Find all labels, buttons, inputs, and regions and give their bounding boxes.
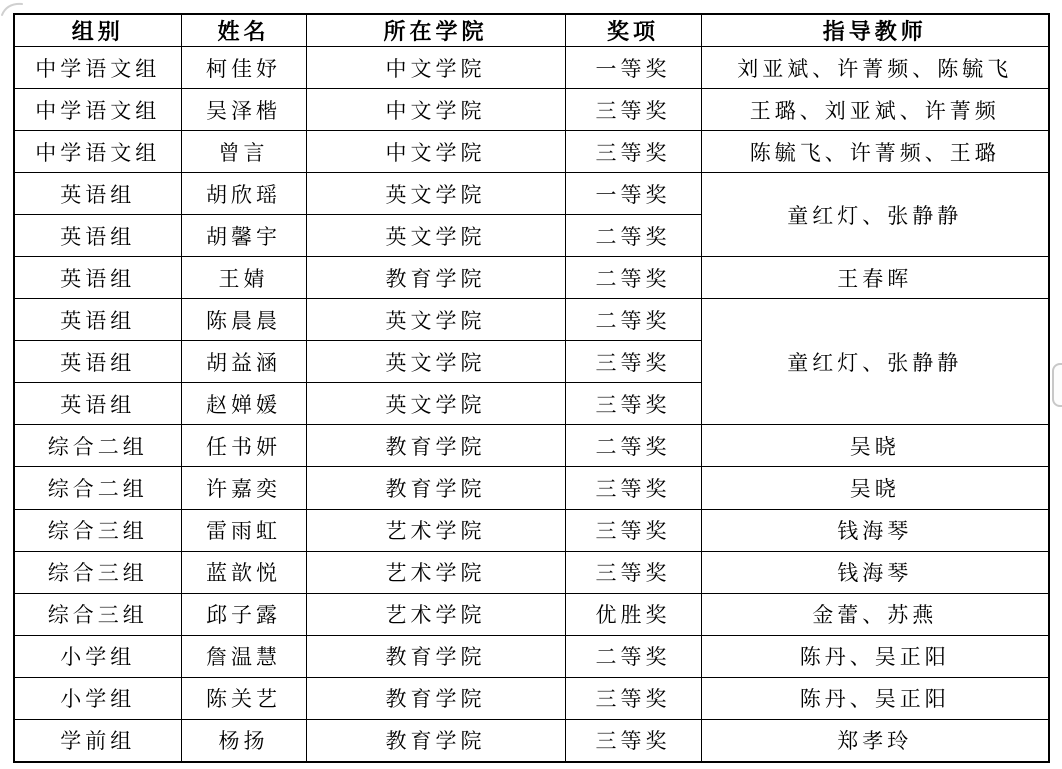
group-cell: 英语组	[14, 215, 181, 257]
award-cell: 一等奖	[565, 173, 701, 215]
name-cell: 胡馨宇	[181, 215, 306, 257]
college-cell: 教育学院	[306, 467, 565, 509]
award-cell: 三等奖	[565, 509, 701, 551]
teacher-cell: 吴晓	[701, 467, 1049, 509]
name-cell: 吴泽楷	[181, 89, 306, 131]
college-cell: 中文学院	[306, 89, 565, 131]
award-cell: 二等奖	[565, 425, 701, 467]
name-cell: 陈关艺	[181, 677, 306, 719]
group-cell: 综合二组	[14, 425, 181, 467]
name-cell: 雷雨虹	[181, 509, 306, 551]
award-cell: 二等奖	[565, 299, 701, 341]
table-row: 中学语文组曾言中文学院三等奖陈毓飞、许菁频、王璐	[14, 131, 1049, 173]
table-row: 综合三组邱子露艺术学院优胜奖金蕾、苏燕	[14, 593, 1049, 635]
name-cell: 胡益涵	[181, 341, 306, 383]
name-cell: 胡欣瑶	[181, 173, 306, 215]
name-cell: 王婧	[181, 257, 306, 299]
award-cell: 三等奖	[565, 89, 701, 131]
name-cell: 许嘉奕	[181, 467, 306, 509]
header-college: 所在学院	[306, 14, 565, 47]
name-cell: 蓝歆悦	[181, 551, 306, 593]
group-cell: 英语组	[14, 173, 181, 215]
table-row: 中学语文组吴泽楷中文学院三等奖王璐、刘亚斌、许菁频	[14, 89, 1049, 131]
award-cell: 三等奖	[565, 551, 701, 593]
college-cell: 教育学院	[306, 719, 565, 762]
teacher-cell: 吴晓	[701, 425, 1049, 467]
name-cell: 詹温慧	[181, 635, 306, 677]
award-cell: 二等奖	[565, 215, 701, 257]
group-cell: 小学组	[14, 635, 181, 677]
award-cell: 三等奖	[565, 677, 701, 719]
college-cell: 艺术学院	[306, 509, 565, 551]
group-cell: 中学语文组	[14, 131, 181, 173]
teacher-cell: 郑孝玲	[701, 719, 1049, 762]
header-teacher: 指导教师	[701, 14, 1049, 47]
college-cell: 艺术学院	[306, 551, 565, 593]
college-cell: 英文学院	[306, 173, 565, 215]
table-row: 英语组陈晨晨英文学院二等奖童红灯、张静静	[14, 299, 1049, 341]
document-page: 组别 姓名 所在学院 奖项 指导教师 中学语文组柯佳妤中文学院一等奖刘亚斌、许菁…	[0, 0, 1062, 769]
group-cell: 小学组	[14, 677, 181, 719]
award-cell: 优胜奖	[565, 593, 701, 635]
award-cell: 三等奖	[565, 383, 701, 425]
header-award: 奖项	[565, 14, 701, 47]
teacher-cell: 童红灯、张静静	[701, 173, 1049, 257]
teacher-cell: 刘亚斌、许菁频、陈毓飞	[701, 47, 1049, 89]
group-cell: 综合三组	[14, 509, 181, 551]
group-cell: 中学语文组	[14, 47, 181, 89]
award-cell: 一等奖	[565, 47, 701, 89]
college-cell: 中文学院	[306, 131, 565, 173]
teacher-cell: 陈毓飞、许菁频、王璐	[701, 131, 1049, 173]
table-row: 中学语文组柯佳妤中文学院一等奖刘亚斌、许菁频、陈毓飞	[14, 47, 1049, 89]
awards-table: 组别 姓名 所在学院 奖项 指导教师 中学语文组柯佳妤中文学院一等奖刘亚斌、许菁…	[13, 13, 1050, 763]
table-row: 小学组陈关艺教育学院三等奖陈丹、吴正阳	[14, 677, 1049, 719]
college-cell: 英文学院	[306, 341, 565, 383]
teacher-cell: 钱海琴	[701, 551, 1049, 593]
teacher-cell: 陈丹、吴正阳	[701, 677, 1049, 719]
group-cell: 英语组	[14, 299, 181, 341]
name-cell: 赵婵媛	[181, 383, 306, 425]
table-body: 中学语文组柯佳妤中文学院一等奖刘亚斌、许菁频、陈毓飞中学语文组吴泽楷中文学院三等…	[14, 47, 1049, 763]
college-cell: 英文学院	[306, 299, 565, 341]
group-cell: 综合三组	[14, 593, 181, 635]
teacher-cell: 钱海琴	[701, 509, 1049, 551]
name-cell: 任书妍	[181, 425, 306, 467]
teacher-cell: 童红灯、张静静	[701, 299, 1049, 425]
name-cell: 邱子露	[181, 593, 306, 635]
group-cell: 英语组	[14, 341, 181, 383]
award-cell: 三等奖	[565, 467, 701, 509]
group-cell: 中学语文组	[14, 89, 181, 131]
table-row: 综合三组雷雨虹艺术学院三等奖钱海琴	[14, 509, 1049, 551]
teacher-cell: 王春晖	[701, 257, 1049, 299]
group-cell: 英语组	[14, 383, 181, 425]
college-cell: 艺术学院	[306, 593, 565, 635]
award-cell: 三等奖	[565, 341, 701, 383]
teacher-cell: 王璐、刘亚斌、许菁频	[701, 89, 1049, 131]
header-name: 姓名	[181, 14, 306, 47]
table-row: 英语组胡欣瑶英文学院一等奖童红灯、张静静	[14, 173, 1049, 215]
college-cell: 教育学院	[306, 257, 565, 299]
group-cell: 学前组	[14, 719, 181, 762]
table-row: 小学组詹温慧教育学院二等奖陈丹、吴正阳	[14, 635, 1049, 677]
table-row: 学前组杨扬教育学院三等奖郑孝玲	[14, 719, 1049, 762]
award-cell: 三等奖	[565, 719, 701, 762]
name-cell: 柯佳妤	[181, 47, 306, 89]
college-cell: 英文学院	[306, 215, 565, 257]
award-cell: 二等奖	[565, 257, 701, 299]
name-cell: 杨扬	[181, 719, 306, 762]
table-row: 综合二组许嘉奕教育学院三等奖吴晓	[14, 467, 1049, 509]
college-cell: 教育学院	[306, 425, 565, 467]
college-cell: 教育学院	[306, 677, 565, 719]
teacher-cell: 陈丹、吴正阳	[701, 635, 1049, 677]
name-cell: 曾言	[181, 131, 306, 173]
header-row: 组别 姓名 所在学院 奖项 指导教师	[14, 14, 1049, 47]
award-cell: 二等奖	[565, 635, 701, 677]
college-cell: 中文学院	[306, 47, 565, 89]
college-cell: 教育学院	[306, 635, 565, 677]
table-row: 综合三组蓝歆悦艺术学院三等奖钱海琴	[14, 551, 1049, 593]
table-row: 英语组王婧教育学院二等奖王春晖	[14, 257, 1049, 299]
table-row: 综合二组任书妍教育学院二等奖吴晓	[14, 425, 1049, 467]
edge-scroll-thumb[interactable]	[1052, 363, 1062, 407]
group-cell: 综合三组	[14, 551, 181, 593]
name-cell: 陈晨晨	[181, 299, 306, 341]
group-cell: 英语组	[14, 257, 181, 299]
award-cell: 三等奖	[565, 131, 701, 173]
header-group: 组别	[14, 14, 181, 47]
teacher-cell: 金蕾、苏燕	[701, 593, 1049, 635]
college-cell: 英文学院	[306, 383, 565, 425]
group-cell: 综合二组	[14, 467, 181, 509]
